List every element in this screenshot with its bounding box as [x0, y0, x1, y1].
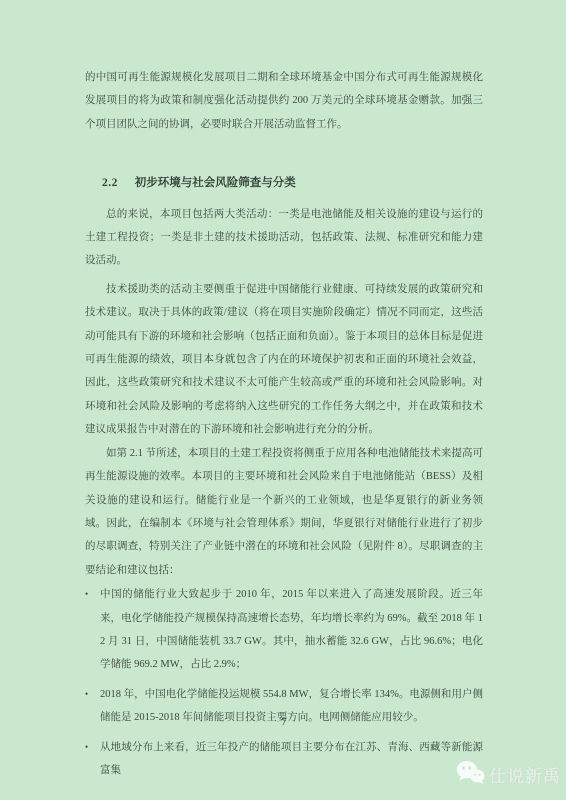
section-heading: 2.2 初步环境与社会风险筛查与分类	[85, 172, 483, 195]
bullet-text: 从地域分布上来看，近三年投产的储能项目主要分布在江苏、青海、西藏等新能源富集	[100, 736, 483, 783]
list-item: • 从地域分布上来看，近三年投产的储能项目主要分布在江苏、青海、西藏等新能源富集	[85, 736, 483, 783]
watermark-text: 仕说新禹	[489, 762, 561, 787]
body-paragraph: 如第 2.1 节所述，本项目的土建工程投资将侧重于应用各种电池储能技术来提高可再…	[85, 442, 483, 582]
section-title: 初步环境与社会风险筛查与分类	[135, 177, 296, 189]
intro-paragraph: 的中国可再生能源规模化发展项目二期和全球环境基金中国分布式可再生能源规模化发展项…	[85, 66, 483, 136]
wechat-icon	[456, 760, 485, 789]
bullet-text: 中国的储能行业大致起步于 2010 年，2015 年以来进入了高速发展阶段。近三…	[100, 583, 483, 677]
bullet-list: • 中国的储能行业大致起步于 2010 年，2015 年以来进入了高速发展阶段。…	[85, 583, 483, 782]
body-paragraph: 总的来说，本项目包括两大类活动：一类是电池储能及相关设施的建设与运行的土建工程投…	[85, 203, 483, 273]
bullet-marker: •	[85, 583, 100, 677]
bullet-marker: •	[85, 736, 100, 783]
body-paragraph: 技术援助类的活动主要侧重于促进中国储能行业健康、可持续发展的政策研究和技术建议。…	[85, 278, 483, 442]
document-content: 的中国可再生能源规模化发展项目二期和全球环境基金中国分布式可再生能源规模化发展项…	[85, 66, 483, 782]
section-number: 2.2	[102, 177, 118, 189]
page-number: 7	[85, 711, 483, 734]
document-page: 的中国可再生能源规模化发展项目二期和全球环境基金中国分布式可再生能源规模化发展项…	[0, 0, 566, 800]
list-item: • 中国的储能行业大致起步于 2010 年，2015 年以来进入了高速发展阶段。…	[85, 583, 483, 677]
watermark: 仕说新禹	[456, 760, 561, 789]
